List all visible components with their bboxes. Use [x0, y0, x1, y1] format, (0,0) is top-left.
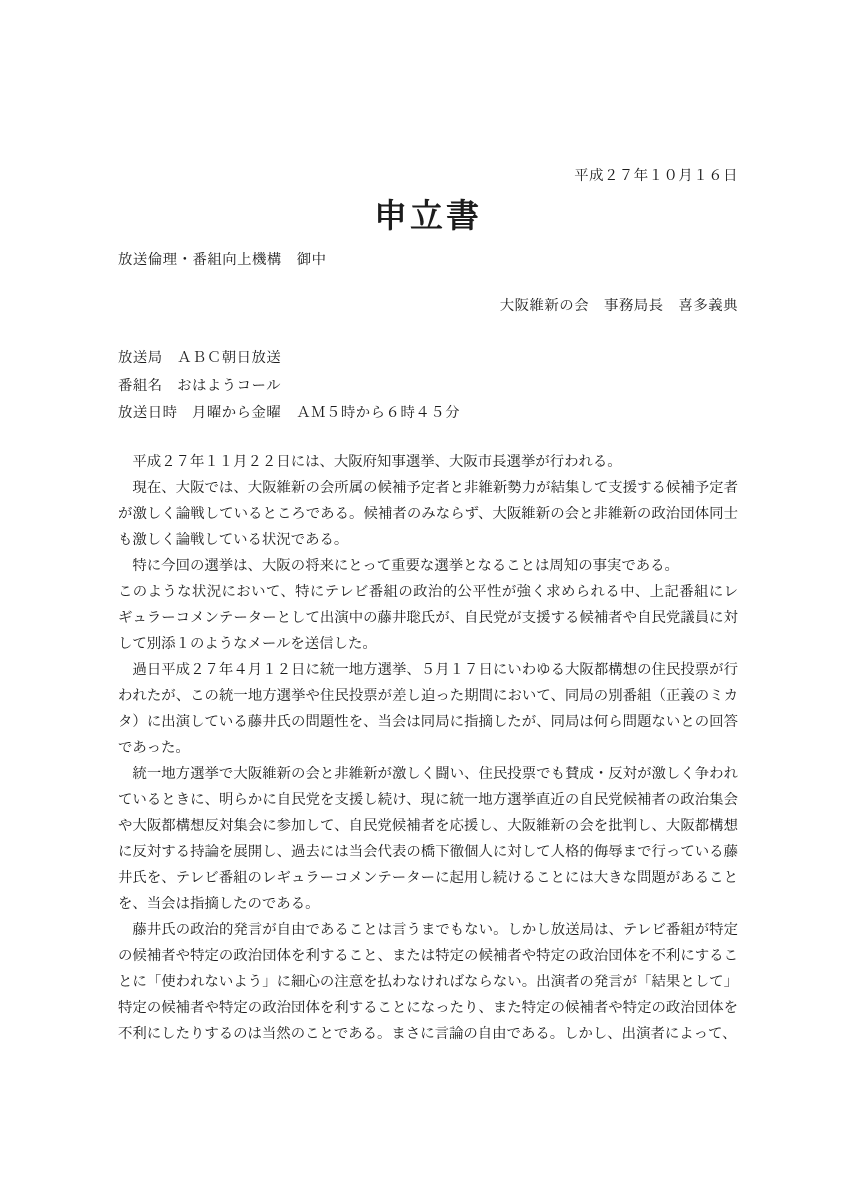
broadcast-info-row: 放送日時 月曜から金曜 ＡＭ５時から６時４５分 [118, 400, 738, 428]
body-paragraph: 平成２７年１１月２２日には、大阪府知事選挙、大阪市長選挙が行われる。 [118, 449, 738, 475]
broadcast-info-row: 放送局 ＡＢＣ朝日放送 [118, 345, 738, 373]
body-paragraph: 統一地方選挙で大阪維新の会と非維新が激しく闘い、住民投票でも賛成・反対が激しく争… [118, 761, 738, 917]
broadcast-info-label: 番組名 [118, 373, 163, 401]
body-paragraph: 藤井氏の政治的発言が自由であることは言うまでもない。しかし放送局は、テレビ番組が… [118, 917, 738, 1047]
body-paragraph: 過日平成２７年４月１２日に統一地方選挙、５月１７日にいわゆる大阪都構想の住民投票… [118, 657, 738, 761]
broadcast-info-label: 放送日時 [118, 400, 178, 428]
broadcast-info-label: 放送局 [118, 345, 163, 373]
document-content: 平成２７年１０月１６日 申立書 放送倫理・番組向上機構 御中 大阪維新の会 事務… [118, 0, 738, 1047]
broadcast-info-separator [178, 400, 192, 428]
broadcast-info-separator [163, 345, 177, 373]
broadcast-info-value: おはようコール [177, 373, 281, 401]
broadcast-info-value: 月曜から金曜 ＡＭ５時から６時４５分 [192, 400, 460, 428]
body-paragraph: このような状況において、特にテレビ番組の政治的公平性が強く求められる中、上記番組… [118, 579, 738, 657]
document-body: 平成２７年１１月２２日には、大阪府知事選挙、大阪市長選挙が行われる。 現在、大阪… [118, 449, 738, 1047]
broadcast-info: 放送局 ＡＢＣ朝日放送 番組名 おはようコール 放送日時 月曜から金曜 ＡＭ５時… [118, 345, 738, 428]
broadcast-info-row: 番組名 おはようコール [118, 373, 738, 401]
broadcast-info-value: ＡＢＣ朝日放送 [177, 345, 281, 373]
body-paragraph: 現在、大阪では、大阪維新の会所属の候補予定者と非維新勢力が結集して支援する候補予… [118, 475, 738, 553]
body-paragraph: 特に今回の選挙は、大阪の将来にとって重要な選挙となることは周知の事実である。 [118, 553, 738, 579]
document-date: 平成２７年１０月１６日 [118, 167, 738, 185]
sender-line: 大阪維新の会 事務局長 喜多義典 [118, 296, 738, 316]
broadcast-info-separator [163, 373, 177, 401]
addressee-line: 放送倫理・番組向上機構 御中 [118, 250, 738, 270]
document-page: 平成２７年１０月１６日 申立書 放送倫理・番組向上機構 御中 大阪維新の会 事務… [0, 0, 852, 1200]
document-title: 申立書 [118, 195, 738, 237]
